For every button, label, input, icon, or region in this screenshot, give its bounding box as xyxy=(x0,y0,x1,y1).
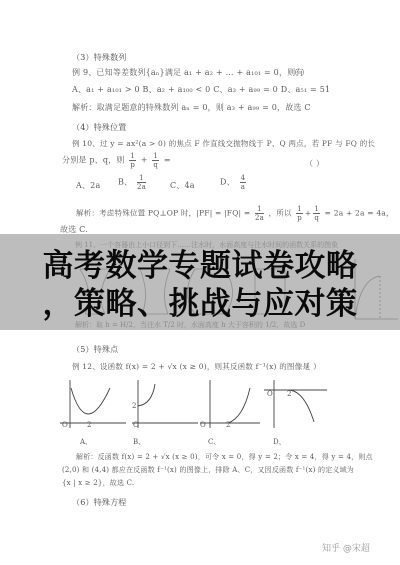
graph-d-label: D、 xyxy=(273,437,286,447)
section-heading-special-equation: （6）特殊方程 xyxy=(72,497,127,508)
graph-a-origin: O xyxy=(62,421,68,429)
graph-a-label: A、 xyxy=(80,437,92,447)
graph-b-label: B、 xyxy=(133,437,145,447)
example-10-question-line2: 分别是 p、q，则 1p + 1q = xyxy=(62,152,171,169)
graph-c-origin: O xyxy=(200,421,206,429)
graph-b-tick: 2 xyxy=(132,402,136,410)
zhihu-watermark: 知乎 @宋超 xyxy=(322,541,370,554)
fraction-1-over-p: 1p xyxy=(129,152,136,169)
example-10-solution: 解析：考虑特殊位置 PQ⊥OP 时，|PF| = |FQ| = 12a ，所以 … xyxy=(76,205,394,222)
example-10-bracket: （ ） xyxy=(305,158,324,169)
graph-d-origin: O xyxy=(267,390,273,398)
example-10-question-line1: 例 10、过 y = ax²(a > 0) 的焦点 F 作直线交抛物线于 P、Q… xyxy=(72,138,375,149)
example-10-option-d: D、 4a xyxy=(220,174,248,191)
section-heading-special-sequence: （3）特殊数列 xyxy=(72,52,127,63)
fraction-1-over-q: 1q xyxy=(152,152,159,169)
graph-d-tick: 2 xyxy=(287,390,291,398)
example-10-option-b: B、 12a xyxy=(118,174,148,191)
example-10-option-a: A、2a xyxy=(76,180,100,191)
example-9-question: 例 9、已知等差数列{aₙ}满足 a₁ + a₂ + … + a₁₀₁ = 0，… xyxy=(72,67,304,78)
graph-option-c xyxy=(198,378,263,430)
question-prefix: 分别是 p、q，则 xyxy=(62,156,125,165)
section-heading-special-point: （5）特殊点 xyxy=(72,344,118,355)
example-9-solution: 解析：取满足题意的特殊数列 aₙ = 0，则 a₃ + a₉₉ = 0，故选 C xyxy=(72,102,311,113)
example-10-option-c: C、4a xyxy=(170,180,195,191)
graph-option-a xyxy=(58,378,128,430)
graph-c-label: C、 xyxy=(208,437,220,447)
graph-option-b xyxy=(130,378,200,430)
title-banner: 例 11、一个容器由上小口径到下……注水时，水面高度与注水时间的函数关系的图象 … xyxy=(0,234,400,330)
example-12-solution-line2: (2,0) 和 (4,4) 都应在反函数 f⁻¹(x) 的图像上，排除 A、C，… xyxy=(62,465,354,475)
example-12-bracket: （ ） xyxy=(302,361,321,372)
example-12-question: 例 12、设函数 f(x) = 2 + √x (x ≥ 0)，则其反函数 f⁻¹… xyxy=(72,361,310,372)
article-title-line-1: 高考数学专题试卷攻略 xyxy=(0,249,400,283)
section-heading-special-position: （4）特殊位置 xyxy=(72,122,127,133)
document-page: （3）特殊数列 例 9、已知等差数列{aₙ}满足 a₁ + a₂ + … + a… xyxy=(0,0,400,565)
graph-c-tick: 2 xyxy=(226,421,230,429)
example-9-bracket: （ ） xyxy=(290,67,309,78)
graph-b-origin: O xyxy=(133,421,139,429)
example-12-solution-line1: 解析：反函数 f(x) = 2 + √x (x ≥ 0)，可令 x = 0，得 … xyxy=(76,452,373,462)
example-9-options: A、a₁ + a₁₀₁ > 0 B、a₂ + a₁₀₀ < 0 C、a₃ + a… xyxy=(72,84,330,95)
example-12-solution-line3: {x | x ≥ 2}，故选 C. xyxy=(62,478,134,488)
graph-option-d xyxy=(262,378,332,430)
graph-a-tick: 2 xyxy=(87,421,91,429)
article-title-line-2: ，策略、挑战与应对策 xyxy=(0,287,400,321)
equals-sign: = xyxy=(164,156,171,165)
plus-sign: + xyxy=(141,156,148,165)
